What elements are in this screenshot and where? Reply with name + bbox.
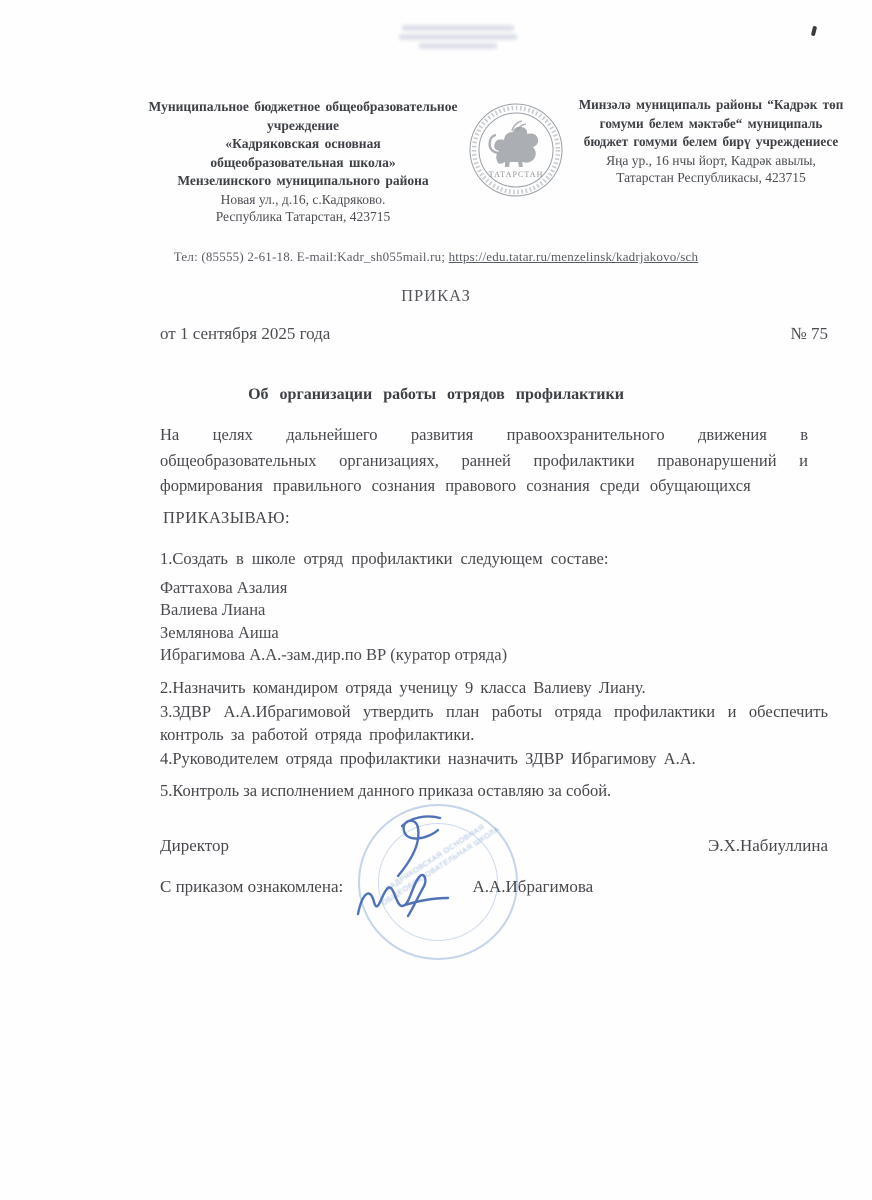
member-name: Фаттахова Азалия	[160, 577, 507, 599]
org-address-line: Новая ул., д.16, с.Кадряково.	[146, 191, 460, 209]
leopard-silhouette	[494, 127, 538, 167]
order-item-4: 4.Руководителем отряда профилактики назн…	[160, 747, 828, 771]
faint-stamp-remnant	[398, 22, 518, 52]
scan-artifact-mark	[811, 26, 817, 37]
faint-line	[402, 25, 514, 31]
ack-label: С приказом ознакомлена:	[160, 877, 343, 896]
member-name: Ибрагимова А.А.-зам.дир.по ВР (куратор о…	[160, 644, 507, 666]
faint-line	[399, 34, 517, 40]
date-number-line: от 1 сентября 2025 года № 75	[160, 324, 828, 344]
tatarstan-seal-emblem: ТАТАРСТАН	[467, 101, 565, 199]
document-type-heading: ПРИКАЗ	[0, 286, 872, 306]
order-item-1: 1.Создать в школе отряд профилактики сле…	[160, 549, 608, 569]
preamble-paragraph: На целях дальнейшего развития правоохзра…	[160, 422, 808, 499]
order-item-5: 5.Контроль за исполнением данного приказ…	[160, 781, 611, 801]
letterhead-tatar: Минзәлә муниципаль районы “Кадрәк төп го…	[562, 96, 860, 187]
director-signature-row: Директор Э.Х.Набиуллина	[160, 836, 828, 856]
squad-member-list: Фаттахова Азалия Валиева Лиана Землянова…	[160, 577, 507, 667]
contact-line: Тел: (85555) 2-61-18. E-mail:Kadr_sh055m…	[0, 249, 872, 265]
director-name: Э.Х.Набиуллина	[708, 836, 828, 856]
order-item-3: 3.ЗДВР А.А.Ибрагимовой утвердить план ра…	[160, 700, 828, 747]
org-name-line: Минзәлә муниципаль районы “Кадрәк төп	[562, 96, 860, 115]
org-name-line: Мензелинского муниципального района	[146, 172, 460, 191]
faint-line	[419, 43, 497, 49]
org-name-line: «Кадряковская основная	[146, 135, 460, 154]
org-address-line: Яңа ур., 16 нчы йорт, Кадрәк авылы,	[562, 152, 860, 170]
letterhead-russian: Муниципальное бюджетное общеобразователь…	[146, 98, 460, 226]
order-number: № 75	[791, 324, 828, 344]
ack-name: А.А.Ибрагимова	[472, 877, 593, 896]
director-label: Директор	[160, 836, 229, 856]
order-item-2: 2.Назначить командиром отряда ученицу 9 …	[160, 676, 828, 700]
seal-graphic: ТАТАРСТАН	[467, 101, 565, 199]
org-name-line: учреждение	[146, 117, 460, 136]
resolve-word: ПРИКАЗЫВАЮ:	[163, 508, 290, 528]
member-name: Валиева Лиана	[160, 599, 507, 621]
org-address-line: Республика Татарстан, 423715	[146, 208, 460, 226]
org-name-line: Муниципальное бюджетное общеобразователь…	[146, 98, 460, 117]
order-date: от 1 сентября 2025 года	[160, 324, 330, 344]
phone-email-text: Тел: (85555) 2-61-18. E-mail:Kadr_sh055m…	[174, 249, 449, 264]
member-name: Землянова Аиша	[160, 622, 507, 644]
school-url: https://edu.tatar.ru/menzelinsk/kadrjako…	[449, 249, 699, 264]
order-subject: Об организации работы отрядов профилакти…	[0, 386, 872, 404]
org-address-line: Татарстан Республикасы, 423715	[562, 169, 860, 187]
org-name-line: общеобразовательная школа»	[146, 154, 460, 173]
org-name-line: бюджет гомуми белем бирү учреждениесе	[562, 133, 860, 152]
acknowledgement-row: С приказом ознакомлена: А.А.Ибрагимова	[160, 877, 593, 897]
scanned-order-document: Муниципальное бюджетное общеобразователь…	[0, 0, 872, 1200]
org-name-line: гомуми белем мәктәбе“ муниципаль	[562, 115, 860, 134]
seal-caption: ТАТАРСТАН	[489, 170, 544, 179]
order-items-2-4: 2.Назначить командиром отряда ученицу 9 …	[160, 676, 828, 770]
